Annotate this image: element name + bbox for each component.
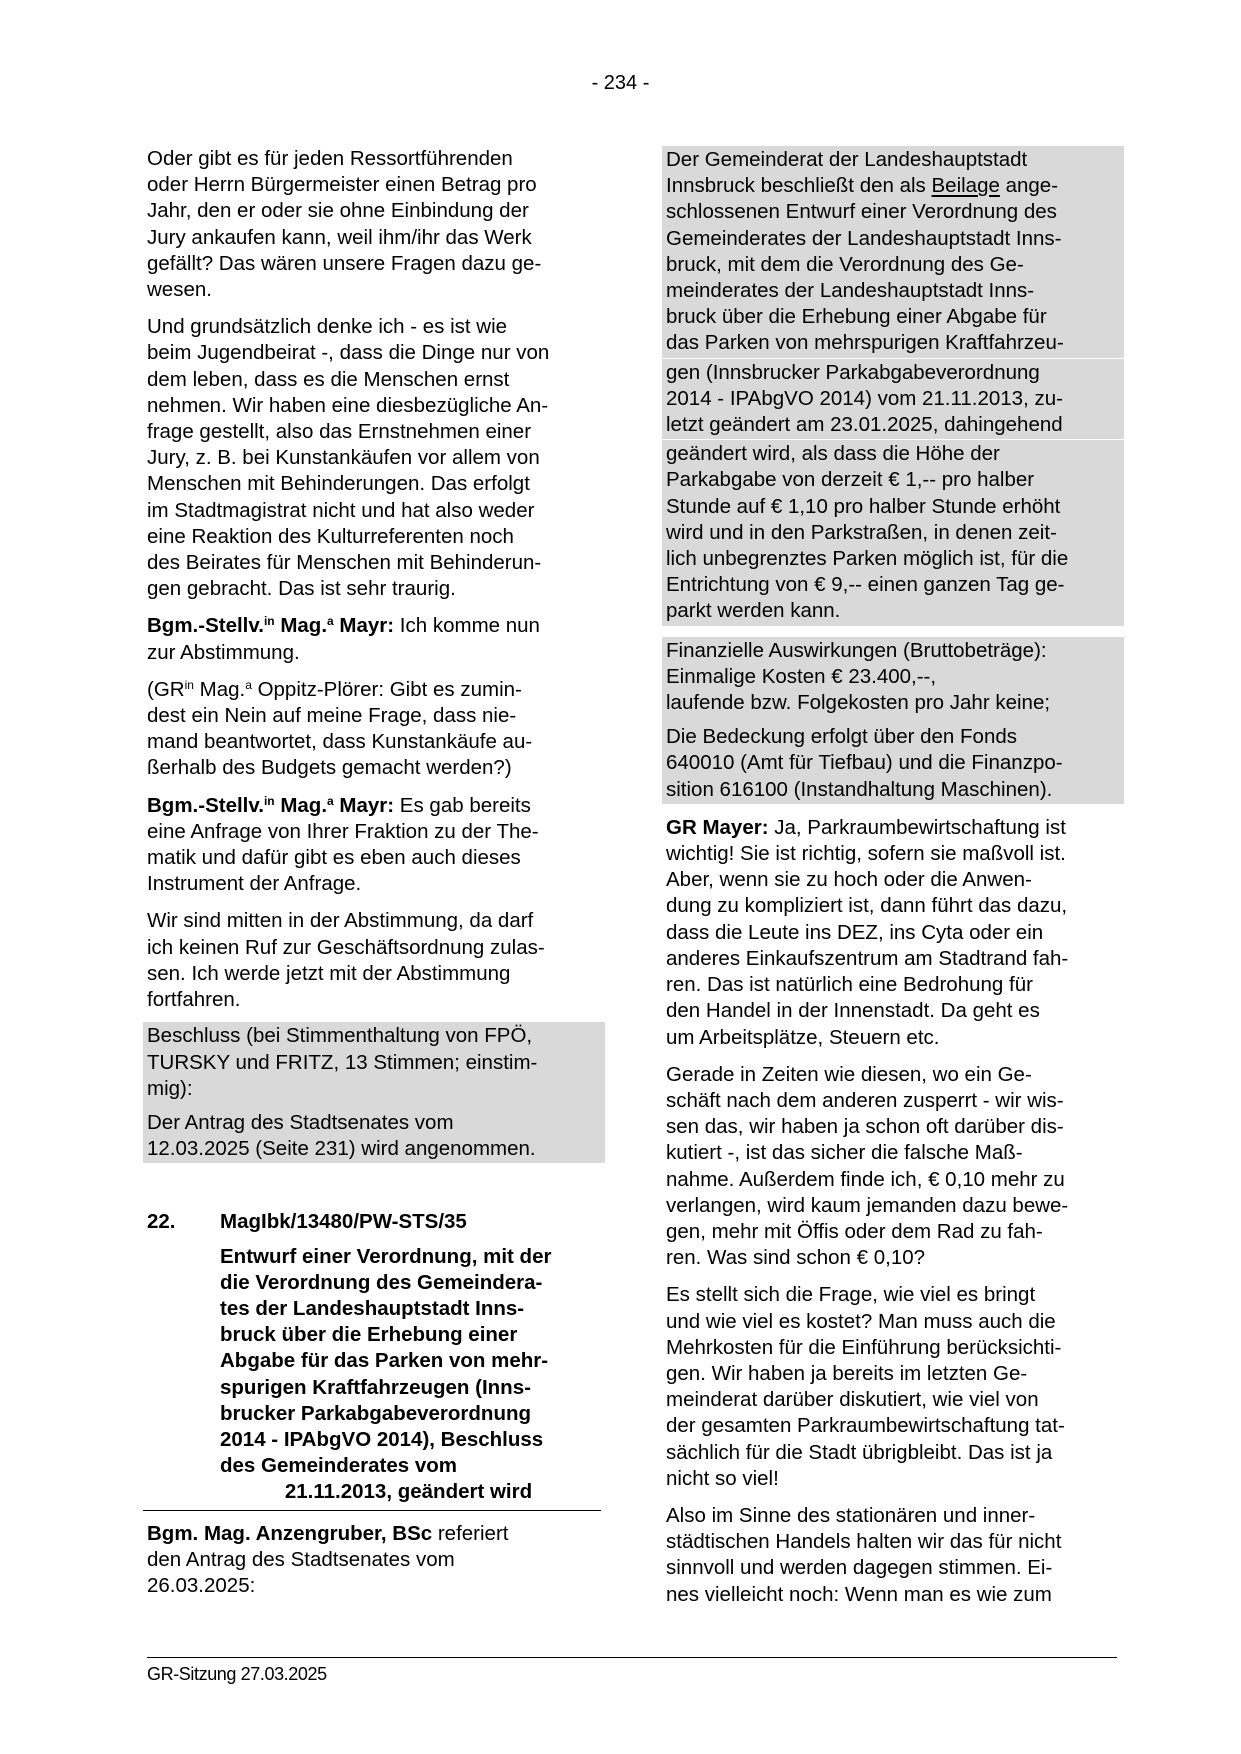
financial-impact: Finanzielle Auswirkungen (Bruttobeträge)… <box>666 638 1120 717</box>
right-column: Der Gemeinderat der Landeshauptstadt Inn… <box>666 146 1116 1619</box>
agenda-item-divider <box>143 1510 601 1511</box>
paragraph-interjection-oppitz-ploerer: (GRin Mag.a Oppitz-Plörer: Gibt es zumin… <box>147 677 597 782</box>
footer-session-date: GR-Sitzung 27.03.2025 <box>147 1664 327 1685</box>
resolution-box: Beschluss (bei Stimmenthaltung von FPÖ, … <box>143 1022 605 1163</box>
agenda-item-number: 22. <box>147 1209 220 1235</box>
attachment-link[interactable]: Beilage <box>932 174 1000 197</box>
speaker-name: GR Mayer: <box>666 816 769 839</box>
speaker-name: Bgm.-Stellv.in Mag.a Mayr: <box>147 794 394 817</box>
agenda-item-22: 22.MagIbk/13480/PW-STS/35 Entwurf einer … <box>147 1209 597 1505</box>
speaker-name: Bgm.-Stellv.in Mag.a Mayr: <box>147 614 394 637</box>
paragraph-youth-council: Und grundsätzlich denke ich - es ist wie… <box>147 314 597 602</box>
paragraph-gr-mayer: GR Mayer: Ja, Parkraumbewirtschaftung is… <box>666 815 1116 1051</box>
budget-coverage: Die Bedeckung erfolgt über den Fonds 640… <box>666 724 1120 803</box>
left-column: Oder gibt es für jeden Ressortführenden … <box>147 146 597 1610</box>
motion-text-box: Der Gemeinderat der Landeshauptstadt Inn… <box>666 146 1116 626</box>
motion-group-3: geändert wird, als dass die Höhe der Par… <box>662 439 1124 625</box>
paragraph-mayr-continue-vote: Wir sind mitten in der Abstimmung, da da… <box>147 908 597 1013</box>
paragraph-mayr-vote-announcement: Bgm.-Stellv.in Mag.a Mayr: Ich komme nun… <box>147 613 597 665</box>
resolution-result: Der Antrag des Stadtsenates vom 12.03.20… <box>147 1110 601 1162</box>
resolution-vote: Beschluss (bei Stimmenthaltung von FPÖ, … <box>147 1023 601 1102</box>
page-number: - 234 - <box>0 72 1241 95</box>
financial-box: Finanzielle Auswirkungen (Bruttobeträge)… <box>662 637 1124 804</box>
paragraph-cost-benefit: Es stellt sich die Frage, wie viel es br… <box>666 1282 1116 1492</box>
paragraph-mayr-response: Bgm.-Stellv.in Mag.a Mayr: Es gab bereit… <box>147 793 597 898</box>
footer-divider <box>147 1657 1117 1658</box>
agenda-item-reference: MagIbk/13480/PW-STS/35 <box>220 1210 467 1233</box>
paragraph-anzengruber-report: Bgm. Mag. Anzengruber, BSc referiert den… <box>147 1521 597 1600</box>
agenda-item-title: Entwurf einer Verordnung, mit der die Ve… <box>220 1244 597 1506</box>
paragraph-art-purchase-question: Oder gibt es für jeden Ressortführenden … <box>147 146 597 303</box>
motion-group-1: Der Gemeinderat der Landeshauptstadt Inn… <box>662 146 1124 358</box>
speaker-name: Bgm. Mag. Anzengruber, BSc <box>147 1522 432 1545</box>
paragraph-vote-against: Also im Sinne des stationären und inner-… <box>666 1503 1116 1608</box>
motion-group-2: gen (Innsbrucker Parkabgabeverordnung 20… <box>662 358 1124 440</box>
paragraph-shop-closures: Gerade in Zeiten wie diesen, wo ein Ge- … <box>666 1062 1116 1272</box>
